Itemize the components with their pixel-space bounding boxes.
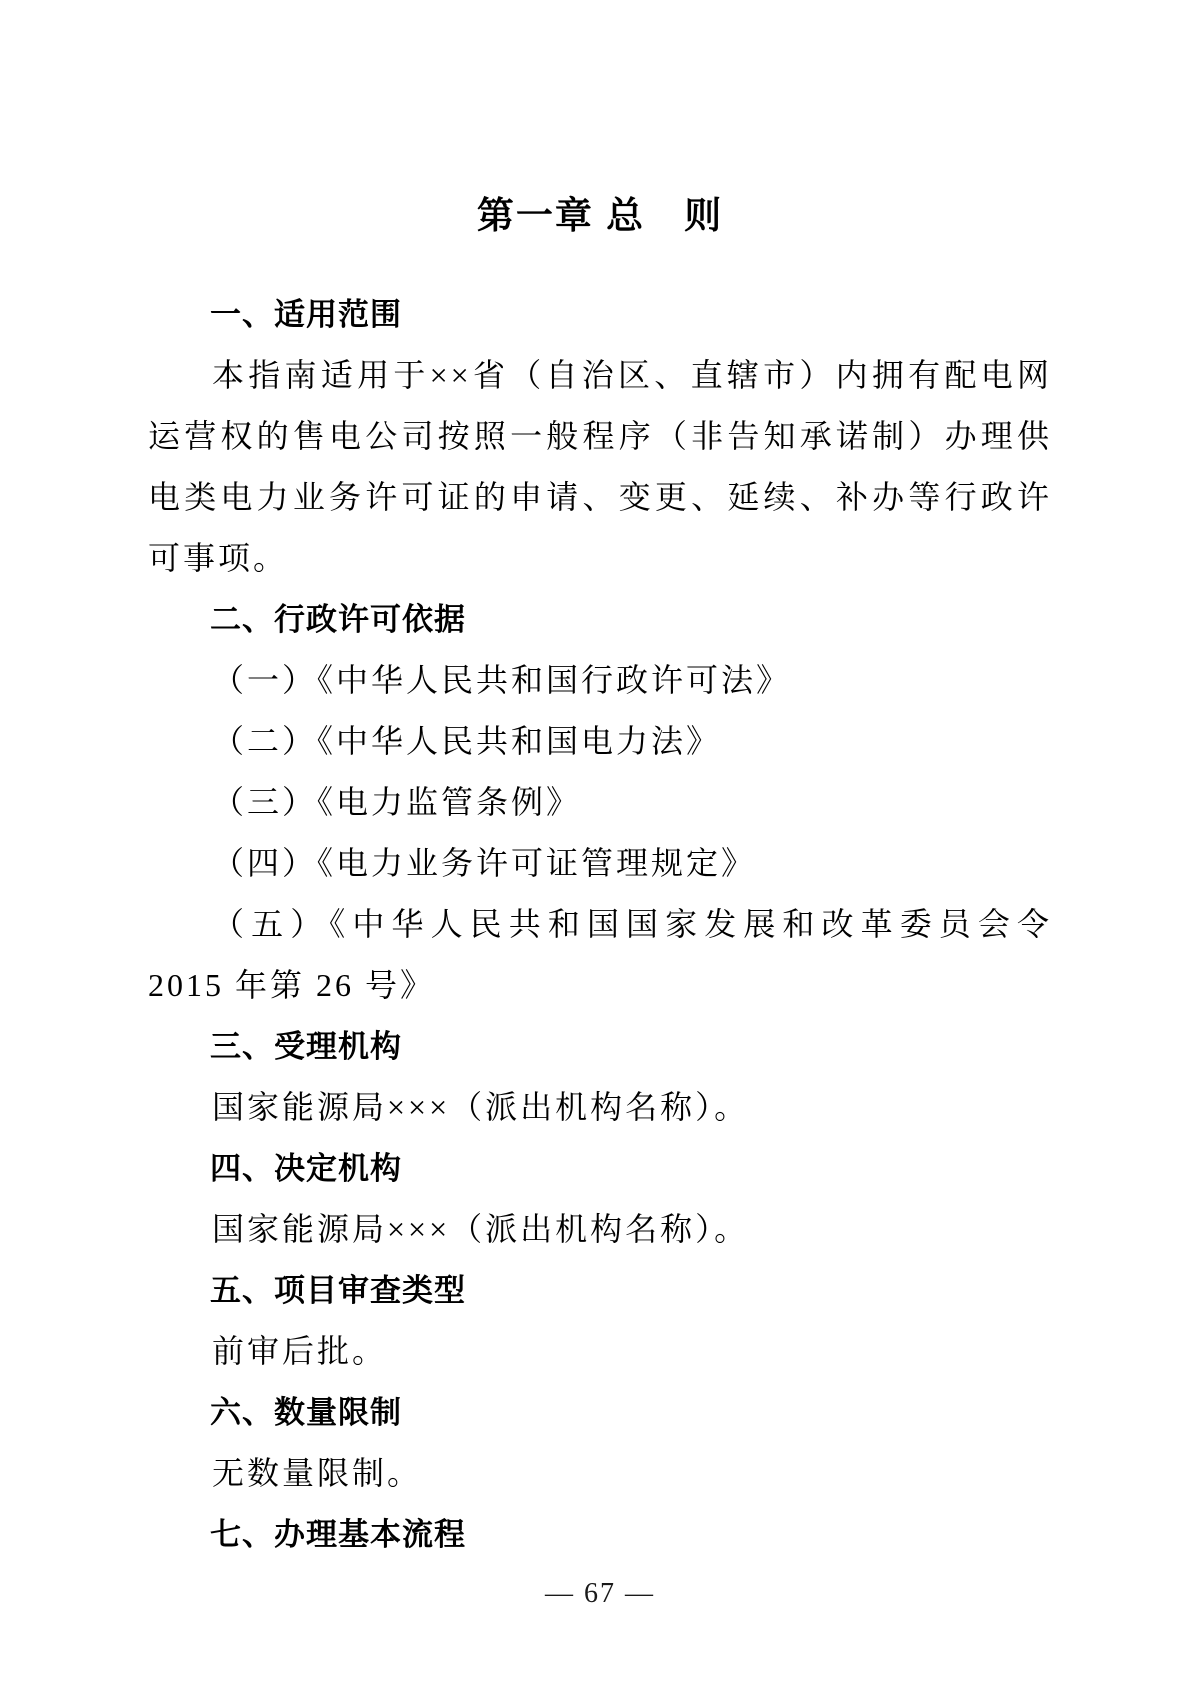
list-item-basis-4: （四）《电力业务许可证管理规定》 <box>148 833 1052 894</box>
list-item-basis-2: （二）《中华人民共和国电力法》 <box>148 711 1052 772</box>
list-item-basis-1: （一）《中华人民共和国行政许可法》 <box>148 650 1052 711</box>
section-heading-5: 五、项目审查类型 <box>148 1260 1052 1321</box>
section-heading-2: 二、行政许可依据 <box>148 589 1052 650</box>
page-number: — 67 — <box>0 1578 1200 1610</box>
section-heading-3: 三、受理机构 <box>148 1016 1052 1077</box>
list-item-basis-3: （三）《电力监管条例》 <box>148 772 1052 833</box>
paragraph-deciding-agency: 国家能源局×××（派出机构名称）。 <box>148 1199 1052 1260</box>
paragraph-accepting-agency: 国家能源局×××（派出机构名称）。 <box>148 1077 1052 1138</box>
section-heading-1: 一、适用范围 <box>148 284 1052 345</box>
section-heading-6: 六、数量限制 <box>148 1382 1052 1443</box>
section-heading-4: 四、决定机构 <box>148 1138 1052 1199</box>
document-body: 第一章 总 则 一、适用范围 本指南适用于××省（自治区、直辖市）内拥有配电网运… <box>148 192 1052 1565</box>
list-item-basis-5: （五）《中华人民共和国国家发展和改革委员会令 2015 年第 26 号》 <box>148 894 1052 1016</box>
document-page: 第一章 总 则 一、适用范围 本指南适用于××省（自治区、直辖市）内拥有配电网运… <box>0 0 1200 1696</box>
paragraph-scope: 本指南适用于××省（自治区、直辖市）内拥有配电网运营权的售电公司按照一般程序（非… <box>148 345 1052 589</box>
section-heading-7: 七、办理基本流程 <box>148 1504 1052 1565</box>
paragraph-review-type: 前审后批。 <box>148 1321 1052 1382</box>
paragraph-quantity-limit: 无数量限制。 <box>148 1443 1052 1504</box>
chapter-title: 第一章 总 则 <box>148 192 1052 240</box>
